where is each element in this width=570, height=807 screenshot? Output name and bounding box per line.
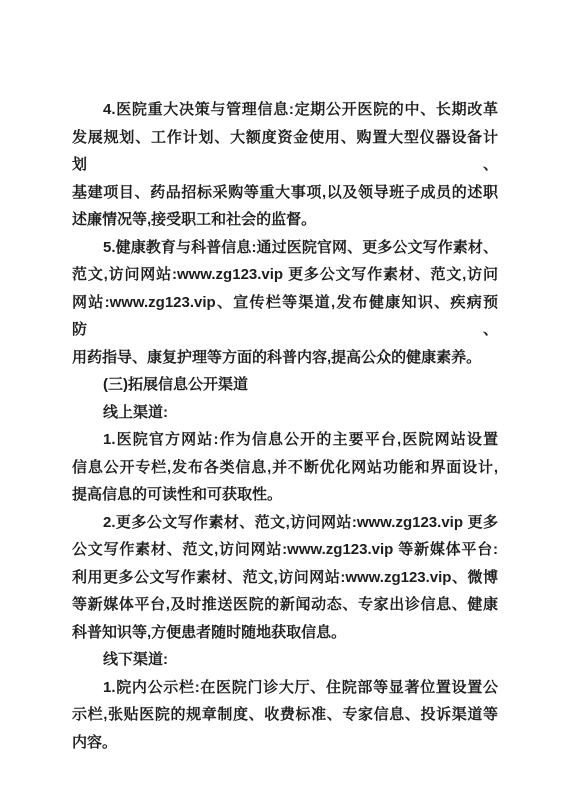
text-line: 范文,访问网站:www.zg123.vip 更多公文写作素材、范文,访问 <box>72 261 498 289</box>
text-line: 1.医院官方网站:作为信息公开的主要平台,医院网站设置 <box>72 426 498 454</box>
document-text-block: 4.医院重大决策与管理信息:定期公开医院的中、长期改革发展规划、工作计划、大额度… <box>72 96 498 756</box>
text-line: (三)拓展信息公开渠道 <box>72 371 498 399</box>
text-line: 科普知识等,方便患者随时随地获取信息。 <box>72 619 498 647</box>
text-line: 发展规划、工作计划、大额度资金使用、购置大型仪器设备计划、 <box>72 124 498 179</box>
text-line: 线上渠道: <box>72 399 498 427</box>
text-line: 利用更多公文写作素材、范文,访问网站:www.zg123.vip、微博 <box>72 564 498 592</box>
para-new-media-platforms: 2.更多公文写作素材、范文,访问网站:www.zg123.vip 更多公文写作素… <box>72 509 498 647</box>
text-line: 1.院内公示栏:在医院门诊大厅、住院部等显著位置设置公 <box>72 674 498 702</box>
document-page: 4.医院重大决策与管理信息:定期公开医院的中、长期改革发展规划、工作计划、大额度… <box>0 0 570 807</box>
para-offline-channels-label: 线下渠道: <box>72 646 498 674</box>
para-online-channels-label: 线上渠道: <box>72 399 498 427</box>
heading-expand-disclosure-channels: (三)拓展信息公开渠道 <box>72 371 498 399</box>
text-line: 示栏,张贴医院的规章制度、收费标准、专家信息、投诉渠道等 <box>72 701 498 729</box>
para-official-website: 1.医院官方网站:作为信息公开的主要平台,医院网站设置信息公开专栏,发布各类信息… <box>72 426 498 509</box>
para-health-education-info: 5.健康教育与科普信息:通过医院官网、更多公文写作素材、范文,访问网站:www.… <box>72 234 498 372</box>
text-line: 信息公开专栏,发布各类信息,并不断优化网站功能和界面设计, <box>72 454 498 482</box>
text-line: 4.医院重大决策与管理信息:定期公开医院的中、长期改革 <box>72 96 498 124</box>
para-major-decisions-info: 4.医院重大决策与管理信息:定期公开医院的中、长期改革发展规划、工作计划、大额度… <box>72 96 498 234</box>
text-line: 2.更多公文写作素材、范文,访问网站:www.zg123.vip 更多 <box>72 509 498 537</box>
text-line: 基建项目、药品招标采购等重大事项,以及领导班子成员的述职 <box>72 179 498 207</box>
text-line: 述廉情况等,接受职工和社会的监督。 <box>72 206 498 234</box>
text-line: 提高信息的可读性和可获取性。 <box>72 481 498 509</box>
para-bulletin-board: 1.院内公示栏:在医院门诊大厅、住院部等显著位置设置公示栏,张贴医院的规章制度、… <box>72 674 498 757</box>
text-line: 公文写作素材、范文,访问网站:www.zg123.vip 等新媒体平台: <box>72 536 498 564</box>
text-line: 网站:www.zg123.vip、宣传栏等渠道,发布健康知识、疾病预防、 <box>72 289 498 344</box>
text-line: 等新媒体平台,及时推送医院的新闻动态、专家出诊信息、健康 <box>72 591 498 619</box>
text-line: 内容。 <box>72 729 498 757</box>
text-line: 线下渠道: <box>72 646 498 674</box>
text-line: 用药指导、康复护理等方面的科普内容,提高公众的健康素养。 <box>72 344 498 372</box>
text-line: 5.健康教育与科普信息:通过医院官网、更多公文写作素材、 <box>72 234 498 262</box>
